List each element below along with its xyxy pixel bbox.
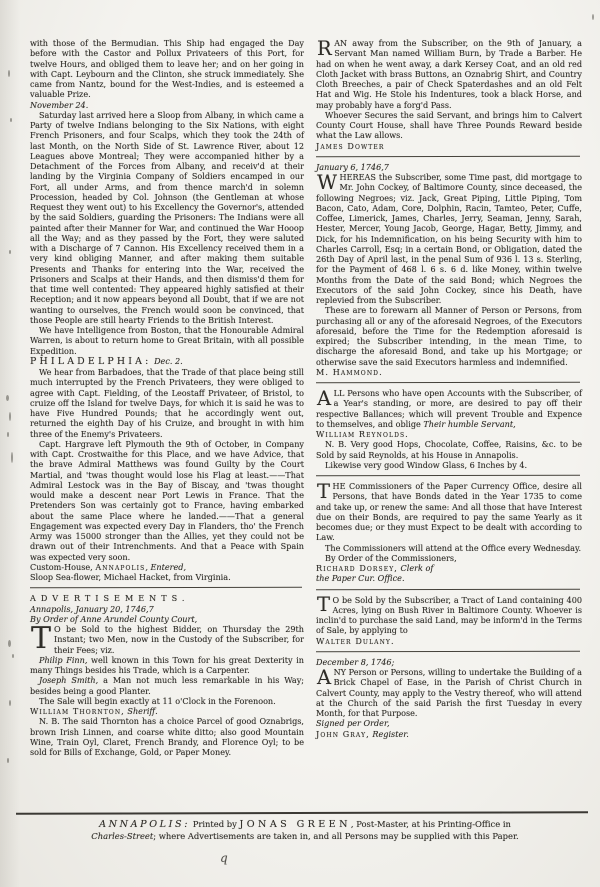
signature-name: James Dowter [316,141,384,151]
land-text: O be Sold by the Subscriber, a Tract of … [316,595,582,636]
imprint-line1: ANNAPOLIS: Printed by JONAS GREEN, Post-… [30,819,580,831]
land-ad-body: TO be Sold by the Subscriber, a Tract of… [316,595,582,636]
imprint-city: ANNAPOLIS: [99,819,190,830]
sheriff-ad-byline: By Order of Anne Arundel County Court, [30,614,304,624]
sheriff-ad-body: TO be Sold to the highest Bidder, on Thu… [30,624,304,655]
mortgage-ad-forewarn: These are to forewarn all Manner of Pers… [316,305,582,367]
ink-bleed-mark [8,70,10,77]
mortgage-text: HEREAS the Subscriber, some Time past, d… [316,172,582,305]
newspaper-page: with those of the Bermudian. This Ship h… [0,0,600,887]
chapel-ad-body: ANY Person or Persons, willing to undert… [316,667,582,718]
sheriff-ad-finn: Philip Finn, well known in this Town for… [30,655,304,676]
sheriff-ad-nb: N. B. The said Thornton has a choice Par… [30,716,304,757]
imprint-line1-rest: , Post-Master, at his Printing-Office in [351,819,511,829]
mortgage-signature: M. Hammond. [316,367,582,377]
mortgage-ad-dateline: January 6, 1746,7 [316,162,582,172]
news-boston-paragraph: We have Intelligence from Boston, that t… [30,325,304,356]
signature-title: Clerk of [398,563,433,573]
ink-bleed-mark [10,118,12,122]
ink-bleed-mark [7,758,9,763]
sheriff-ad-dateline: Annapolis, January 20, 1746,7 [30,604,304,614]
imprint-footer: ANNAPOLIS: Printed by JONAS GREEN, Post-… [30,819,580,842]
accounts-ad-glass: Likewise very good Window Glass, 6 Inche… [316,460,582,470]
text-columns: with those of the Bermudian. This Ship h… [0,0,600,757]
custom-house-entered: , Entered, [145,562,186,572]
drop-cap: A [316,667,334,686]
philadelphia-heading: PHILADELPHIA: Dec. 2. [30,356,304,367]
ink-bleed-mark [6,395,9,401]
mortgage-ad-body: WHEREAS the Subscriber, some Time past, … [316,172,582,305]
sheriff-ad-smith: Joseph Smith, a Man not much less remark… [30,675,304,696]
paper-office-signature-line2: the Paper Cur. Office. [316,573,582,583]
imprint-printer-name: JONAS GREEN [240,819,351,830]
date-heading-november: November 24. [30,100,304,110]
news-barbadoes-paragraph: We hear from Barbadoes, that the Trade o… [30,367,304,439]
chapel-ad-dateline: December 8, 1746; [316,657,582,667]
news-saturday-paragraph: Saturday last arrived here a Sloop from … [30,110,304,325]
ink-bleed-mark [9,250,11,254]
drop-cap: T [316,481,333,500]
accounts-ad-nb: N. B. Very good Hops, Chocolate, Coffee,… [316,439,582,460]
ink-bleed-mark [592,14,594,20]
paper-office-ad-body: THE Commissioners of the Paper Currency … [316,481,582,543]
chapel-signature: John Gray, Register. [316,729,582,739]
section-rule [316,588,580,589]
chapel-signed-per-order: Signed per Order, [316,718,582,728]
ink-bleed-mark [9,700,11,706]
news-hargrave-paragraph: Capt. Hargrave left Plymouth the 9th of … [30,439,304,562]
section-rule [30,587,302,588]
custom-house-vessel: Sloop Sea-flower, Michael Hacket, from V… [30,572,304,582]
paper-office-text: HE Commissioners of the Paper Currency O… [316,481,582,542]
runaway-text: AN away from the Subscriber, on the 9th … [316,38,582,110]
left-column: with those of the Bermudian. This Ship h… [30,38,304,757]
right-column: RAN away from the Subscriber, on the 9th… [316,38,582,757]
ink-bleed-mark [9,412,11,421]
custom-house-place: Annapolis [95,562,145,572]
drop-cap: A [316,388,334,407]
drop-cap: R [316,38,334,57]
accounts-signature: William Reynolds. [316,429,582,439]
runaway-signature: James Dowter [316,141,582,151]
paper-office-by-order: By Order of the Commissioners, [316,553,582,563]
paper-office-signature: Richard Dorsey, Clerk of [316,563,582,573]
ink-bleed-mark [11,452,13,463]
ink-bleed-mark [7,432,9,437]
signature-name: William Reynolds. [316,429,409,439]
sheriff-signature: William Thornton, Sheriff. [30,706,304,716]
signature-title: Register. [370,729,409,739]
drop-cap: T [30,624,54,652]
philadelphia-date: Dec. 2. [154,356,183,366]
ink-bleed-mark [8,640,11,647]
footer-rule [16,811,588,814]
imprint-printed-by: Printed by [190,819,239,829]
land-signature: Walter Dulany. [316,636,582,646]
philadelphia-place: PHILADELPHIA: [30,356,151,367]
advertisements-heading: ADVERTISEMENTS. [30,593,304,603]
stray-printers-mark: q [220,851,228,865]
runaway-ad-body: RAN away from the Subscriber, on the 9th… [316,38,582,110]
section-rule [316,156,580,157]
custom-house-entry: Custom-House, Annapolis, Entered, [30,562,304,572]
smith-name: Joseph Smith, [39,675,98,685]
accounts-ad-body: ALL Persons who have open Accounts with … [316,388,582,429]
imprint-street: Charles-Street [91,831,153,841]
sheriff-ad-sale-line: The Sale will begin exactly at 11 o'Cloc… [30,696,304,706]
signature-name: Walter Dulany. [316,636,395,646]
signature-name: M. Hammond. [316,367,383,377]
runaway-ad-reward: Whoever Secures the said Servant, and br… [316,110,582,141]
signature-name: Richard Dorsey, [316,563,398,573]
paper-office-attend: The Commissioners will attend at the Off… [316,543,582,553]
signature-name: William Thornton, [30,706,125,716]
section-rule [316,382,580,383]
section-rule [316,651,580,652]
news-bermudian-paragraph: with those of the Bermudian. This Ship h… [30,38,304,100]
sheriff-ad-text: O be Sold to the highest Bidder, on Thur… [54,624,304,655]
finn-name: Philip Finn, [39,655,87,665]
section-rule [316,475,580,476]
drop-cap: T [316,595,333,614]
signature-title: Sheriff. [125,706,158,716]
custom-house-label: Custom-House, [30,562,95,572]
signature-name: John Gray, [316,729,370,739]
ink-bleed-mark [12,654,14,658]
chapel-text: NY Person or Persons, willing to underta… [316,667,582,718]
accounts-closing: Their humble Servant, [423,419,515,429]
imprint-line2: Charles-Street; where Advertisements are… [30,831,580,842]
drop-cap: W [316,172,340,191]
imprint-line2-rest: ; where Advertisements are taken in, and… [153,831,518,841]
